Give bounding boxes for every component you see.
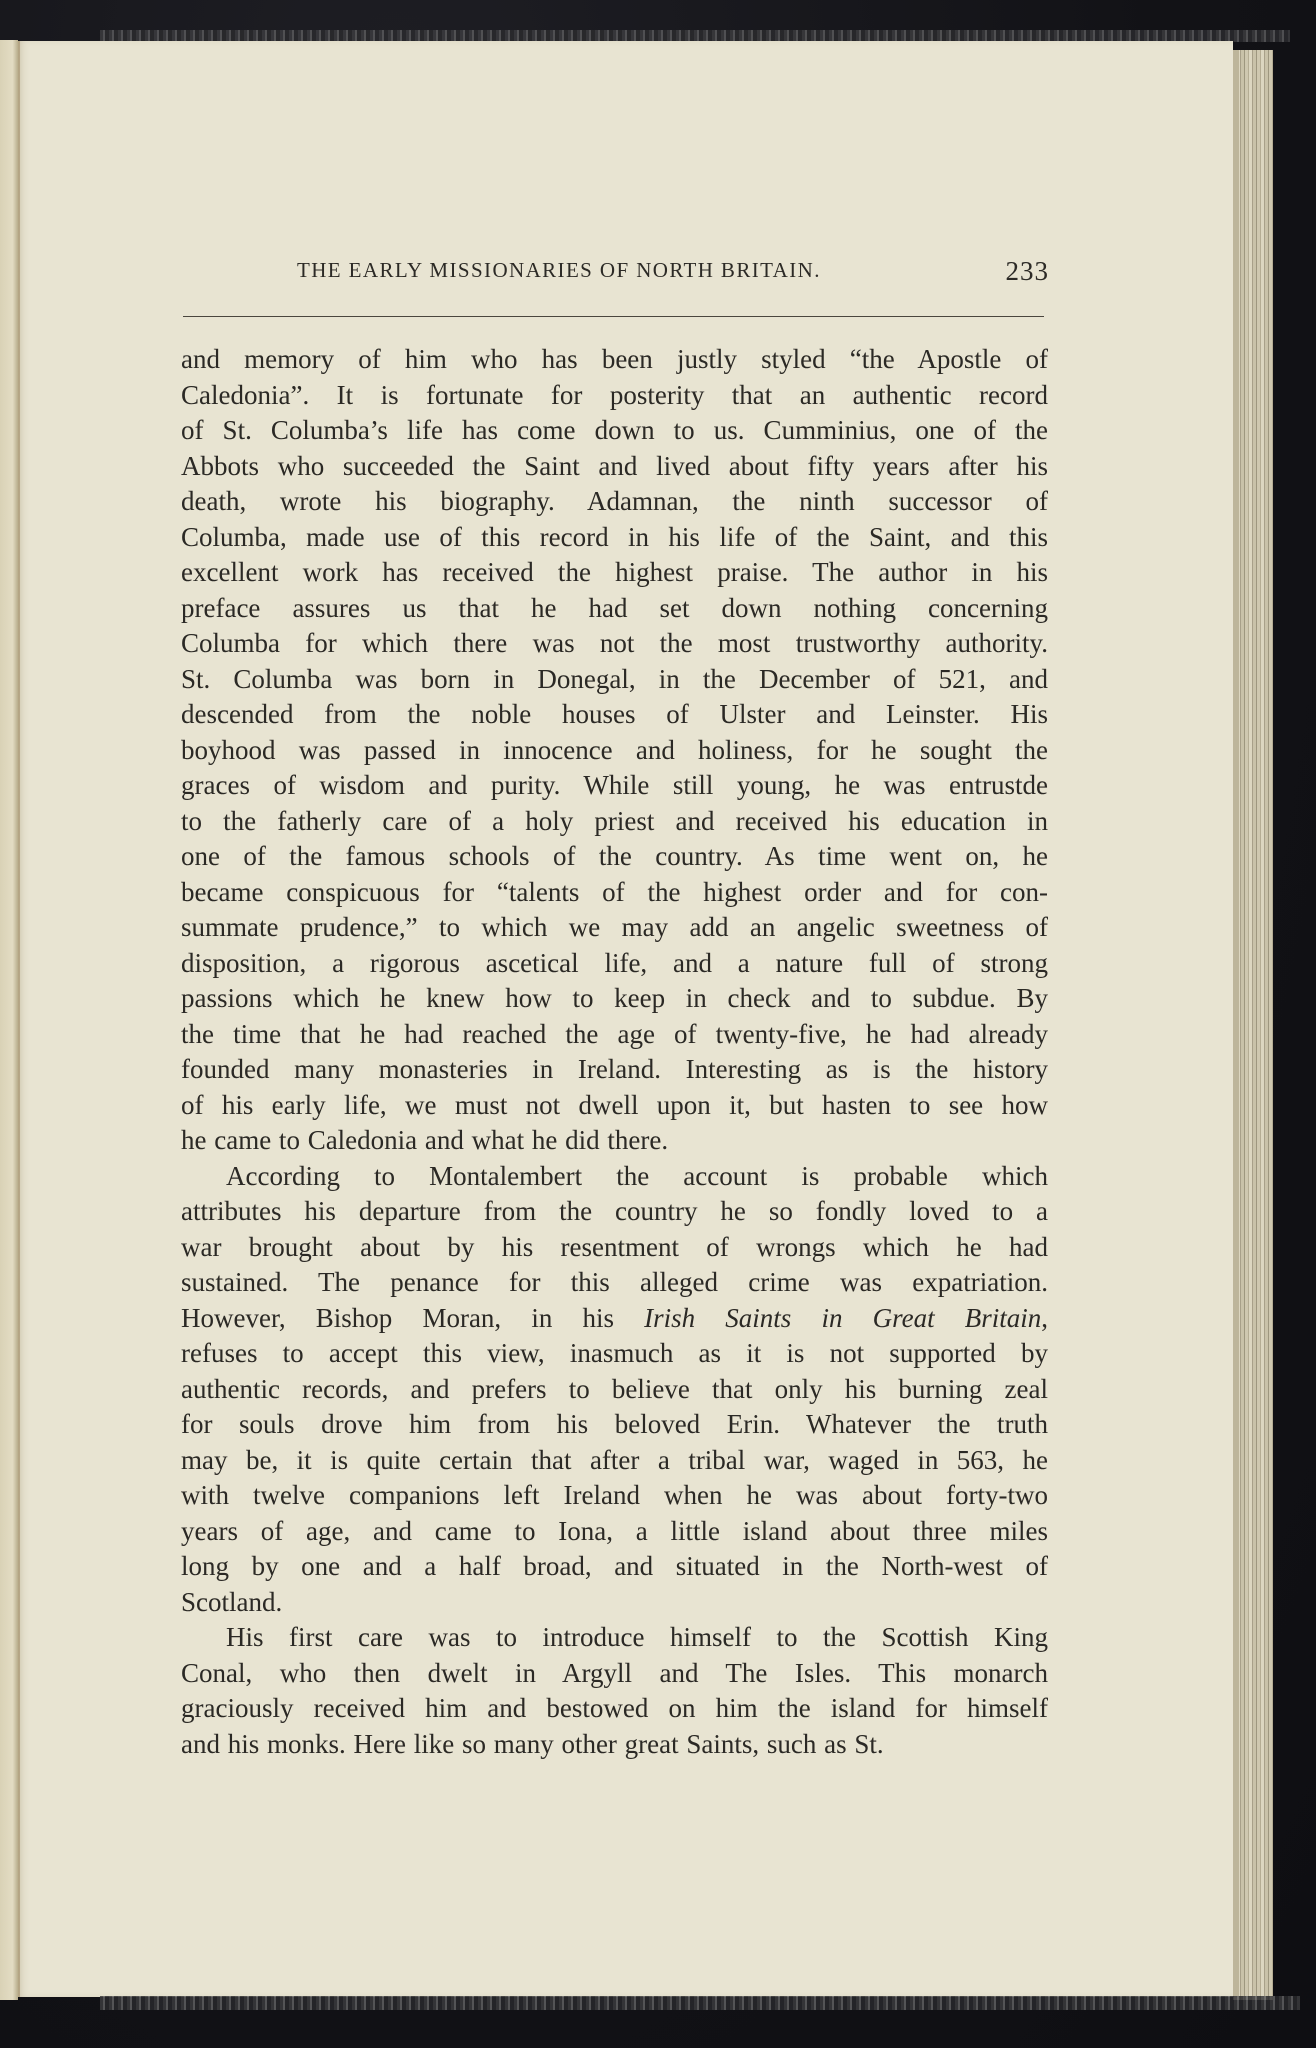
text-line: summate prudence,” to which we may add a… [181, 910, 1048, 946]
paragraph: and memory of him who has been justly st… [181, 342, 1048, 1159]
text-line: and his monks. Here like so many other g… [181, 1727, 1048, 1763]
text-line: passions which he knew how to keep in ch… [181, 981, 1048, 1017]
running-title: The Early Missionaries of North Britain. [297, 258, 821, 283]
running-header: The Early Missionaries of North Britain.… [297, 258, 1049, 288]
text-line: for souls drove him from his beloved Eri… [181, 1407, 1048, 1443]
text-line: of St. Columba’s life has come down to u… [181, 413, 1048, 449]
text-line: His first care was to introduce himself … [181, 1620, 1048, 1656]
text-line: descended from the noble houses of Ulste… [181, 697, 1048, 733]
text-line: Conal, who then dwelt in Argyll and The … [181, 1656, 1048, 1692]
text-line: death, wrote his biography. Adamnan, the… [181, 484, 1048, 520]
text-line: war brought about by his resentment of w… [181, 1230, 1048, 1266]
text-line: one of the famous schools of the country… [181, 839, 1048, 875]
text-line: attributes his departure from the countr… [181, 1194, 1048, 1230]
text-run: However, Bishop Moran, in his [181, 1303, 644, 1333]
text-run: , [1041, 1303, 1048, 1333]
text-line: to the fatherly care of a holy priest an… [181, 804, 1048, 840]
text-line: Abbots who succeeded the Saint and lived… [181, 449, 1048, 485]
text-line: boyhood was passed in innocence and holi… [181, 733, 1048, 769]
text-line: he came to Caledonia and what he did the… [181, 1123, 1048, 1159]
text-line: authentic records, and prefers to believ… [181, 1372, 1048, 1408]
text-line: disposition, a rigorous ascetical life, … [181, 946, 1048, 982]
text-line: Scotland. [181, 1585, 1048, 1621]
text-line: of his early life, we must not dwell upo… [181, 1088, 1048, 1124]
text-line: St. Columba was born in Donegal, in the … [181, 662, 1048, 698]
text-line: excellent work has received the highest … [181, 555, 1048, 591]
text-line: graces of wisdom and purity. While still… [181, 768, 1048, 804]
text-line: preface assures us that he had set down … [181, 591, 1048, 627]
header-rule [183, 316, 1044, 317]
text-line: According to Montalembert the account is… [181, 1159, 1048, 1195]
text-line: founded many monasteries in Ireland. Int… [181, 1052, 1048, 1088]
text-line: long by one and a half broad, and situat… [181, 1549, 1048, 1585]
text-line: Columba, made use of this record in his … [181, 520, 1048, 556]
gutter-line [18, 41, 20, 1997]
text-line: sustained. The penance for this alleged … [181, 1265, 1048, 1301]
page-number: 233 [1006, 256, 1050, 287]
book-title-italic: Irish Saints in Great Britain [644, 1303, 1041, 1333]
book-scan: The Early Missionaries of North Britain.… [0, 0, 1316, 2048]
facing-page-edge [0, 40, 18, 2000]
cover-edge-bottom [100, 1996, 1300, 2010]
page-stack-shadow [1233, 50, 1239, 2000]
text-line: may be, it is quite certain that after a… [181, 1443, 1048, 1479]
paragraph: His first care was to introduce himself … [181, 1620, 1048, 1762]
text-line: with twelve companions left Ireland when… [181, 1478, 1048, 1514]
text-line: and memory of him who has been justly st… [181, 342, 1048, 378]
text-line: refuses to accept this view, inasmuch as… [181, 1336, 1048, 1372]
text-line: became conspicuous for “talents of the h… [181, 875, 1048, 911]
text-line: the time that he had reached the age of … [181, 1017, 1048, 1053]
text-line: Columba for which there was not the most… [181, 626, 1048, 662]
text-line: However, Bishop Moran, in his Irish Sain… [181, 1301, 1048, 1337]
page-stack-edges [1233, 50, 1273, 2000]
text-line: Caledonia”. It is fortunate for posterit… [181, 378, 1048, 414]
body-text: and memory of him who has been justly st… [181, 342, 1048, 1762]
text-line: years of age, and came to Iona, a little… [181, 1514, 1048, 1550]
text-line: graciously received him and bestowed on … [181, 1691, 1048, 1727]
paragraph: According to Montalembert the account is… [181, 1159, 1048, 1621]
